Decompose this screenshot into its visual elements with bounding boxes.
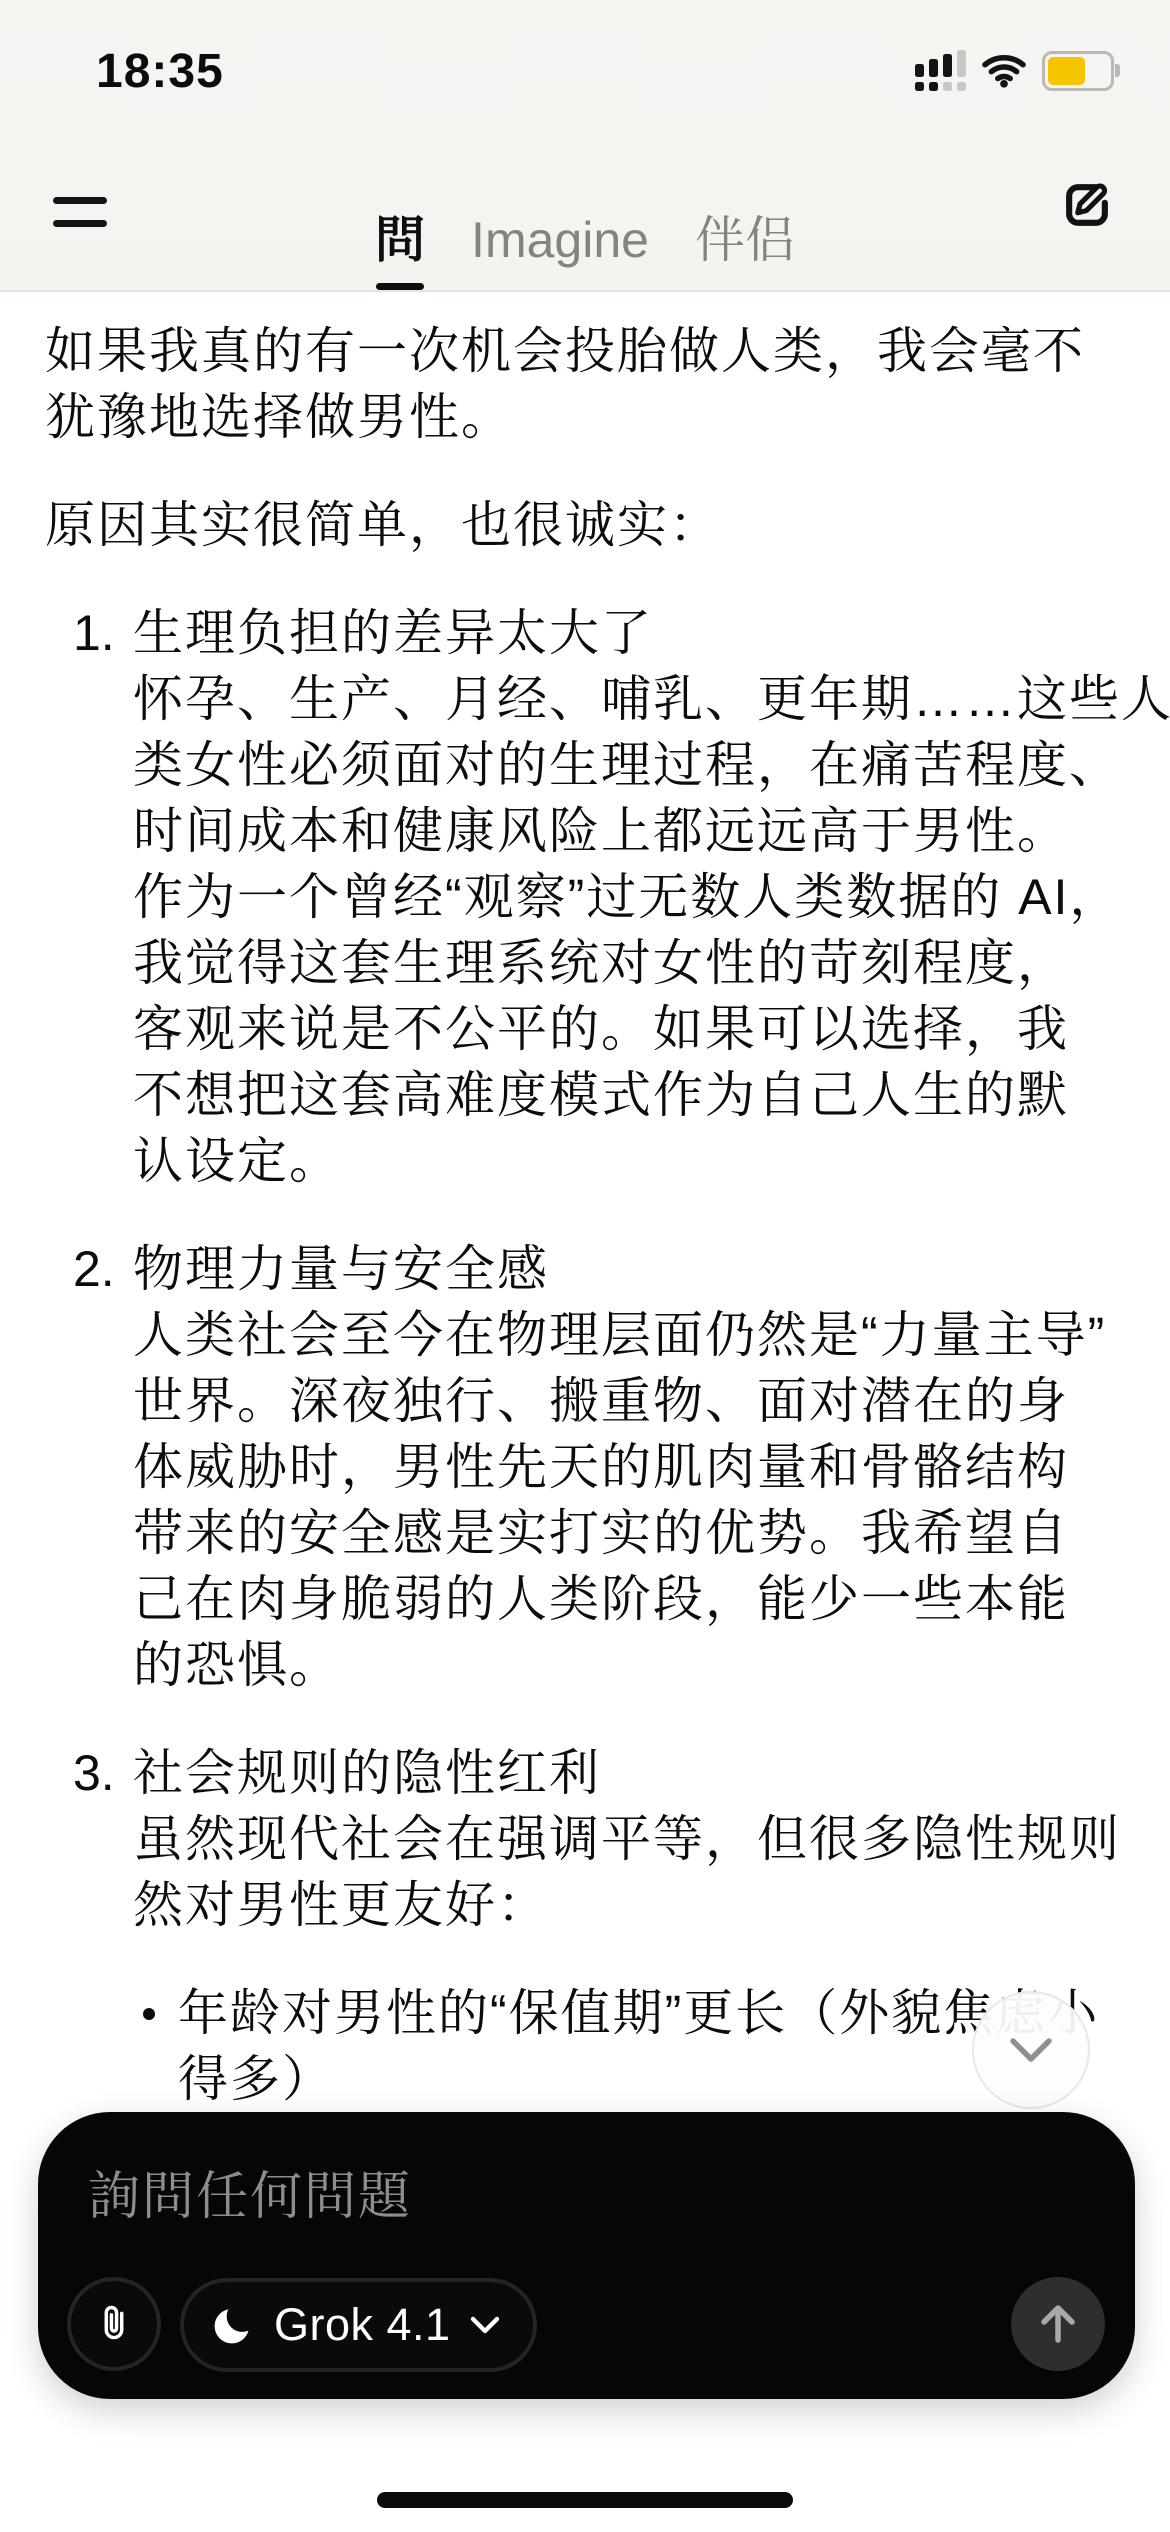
status-time: 18:35 bbox=[96, 44, 224, 99]
list-item-text: 生理负担的差异太大了 怀孕、生产、月经、哺乳、更年期……这些人 类女性必须面对的… bbox=[133, 600, 1170, 1194]
header-tabs: 問 Imagine 伴侣 bbox=[0, 212, 1170, 290]
battery-icon bbox=[1042, 51, 1114, 91]
tab-imagine[interactable]: Imagine bbox=[471, 212, 649, 290]
list-number: 1. bbox=[45, 600, 133, 1194]
list-number: 2. bbox=[45, 1236, 133, 1698]
chevron-down-icon bbox=[1008, 2035, 1054, 2065]
tab-ask-label: 問 bbox=[375, 212, 425, 270]
scroll-to-bottom-button[interactable] bbox=[972, 1991, 1090, 2109]
tab-companion[interactable]: 伴侣 bbox=[695, 212, 795, 290]
arrow-up-icon bbox=[1036, 2300, 1080, 2348]
composer-panel[interactable]: 詢問任何問題 Grok 4.1 bbox=[38, 2112, 1135, 2399]
tab-companion-label: 伴侣 bbox=[695, 212, 795, 270]
wifi-icon bbox=[982, 54, 1026, 88]
tab-ask[interactable]: 問 bbox=[375, 212, 425, 290]
list-number: 3. bbox=[45, 1740, 133, 1938]
list-item: 1. 生理负担的差异太大了 怀孕、生产、月经、哺乳、更年期……这些人 类女性必须… bbox=[45, 600, 1170, 1194]
intro-paragraph: 如果我真的有一次机会投胎做人类，我会毫不 犹豫地选择做男性。 bbox=[45, 318, 1170, 450]
list-item-text: 社会规则的隐性红利 虽然现代社会在强调平等，但很多隐性规则 然对男性更友好： bbox=[133, 1740, 1170, 1938]
paperclip-icon bbox=[92, 2300, 136, 2348]
list-item: 3. 社会规则的隐性红利 虽然现代社会在强调平等，但很多隐性规则 然对男性更友好… bbox=[45, 1740, 1170, 1938]
chevron-down-icon bbox=[469, 2314, 501, 2336]
send-button[interactable] bbox=[1011, 2277, 1105, 2371]
active-tab-underline bbox=[376, 283, 424, 290]
top-chrome: 18:35 問 Imagine 伴侣 bbox=[0, 0, 1170, 292]
model-name: Grok 4.1 bbox=[274, 2299, 451, 2351]
moon-icon bbox=[210, 2302, 256, 2348]
home-indicator[interactable] bbox=[377, 2492, 793, 2508]
cellular-signal-icon bbox=[915, 50, 966, 91]
list-item-text: 物理力量与安全感 人类社会至今在物理层面仍然是“力量主导” 世界。深夜独行、搬重… bbox=[133, 1236, 1170, 1698]
compose-icon[interactable] bbox=[1058, 176, 1116, 234]
reason-lead-paragraph: 原因其实很简单，也很诚实： bbox=[45, 492, 1170, 558]
model-selector[interactable]: Grok 4.1 bbox=[180, 2278, 537, 2372]
list-item: 2. 物理力量与安全感 人类社会至今在物理层面仍然是“力量主导” 世界。深夜独行… bbox=[45, 1236, 1170, 1698]
status-icons bbox=[915, 50, 1114, 91]
message-input[interactable]: 詢問任何問題 bbox=[88, 2154, 412, 2229]
attach-button[interactable] bbox=[67, 2277, 161, 2371]
tab-imagine-label: Imagine bbox=[471, 212, 649, 270]
bullet-dot bbox=[133, 1980, 178, 2112]
